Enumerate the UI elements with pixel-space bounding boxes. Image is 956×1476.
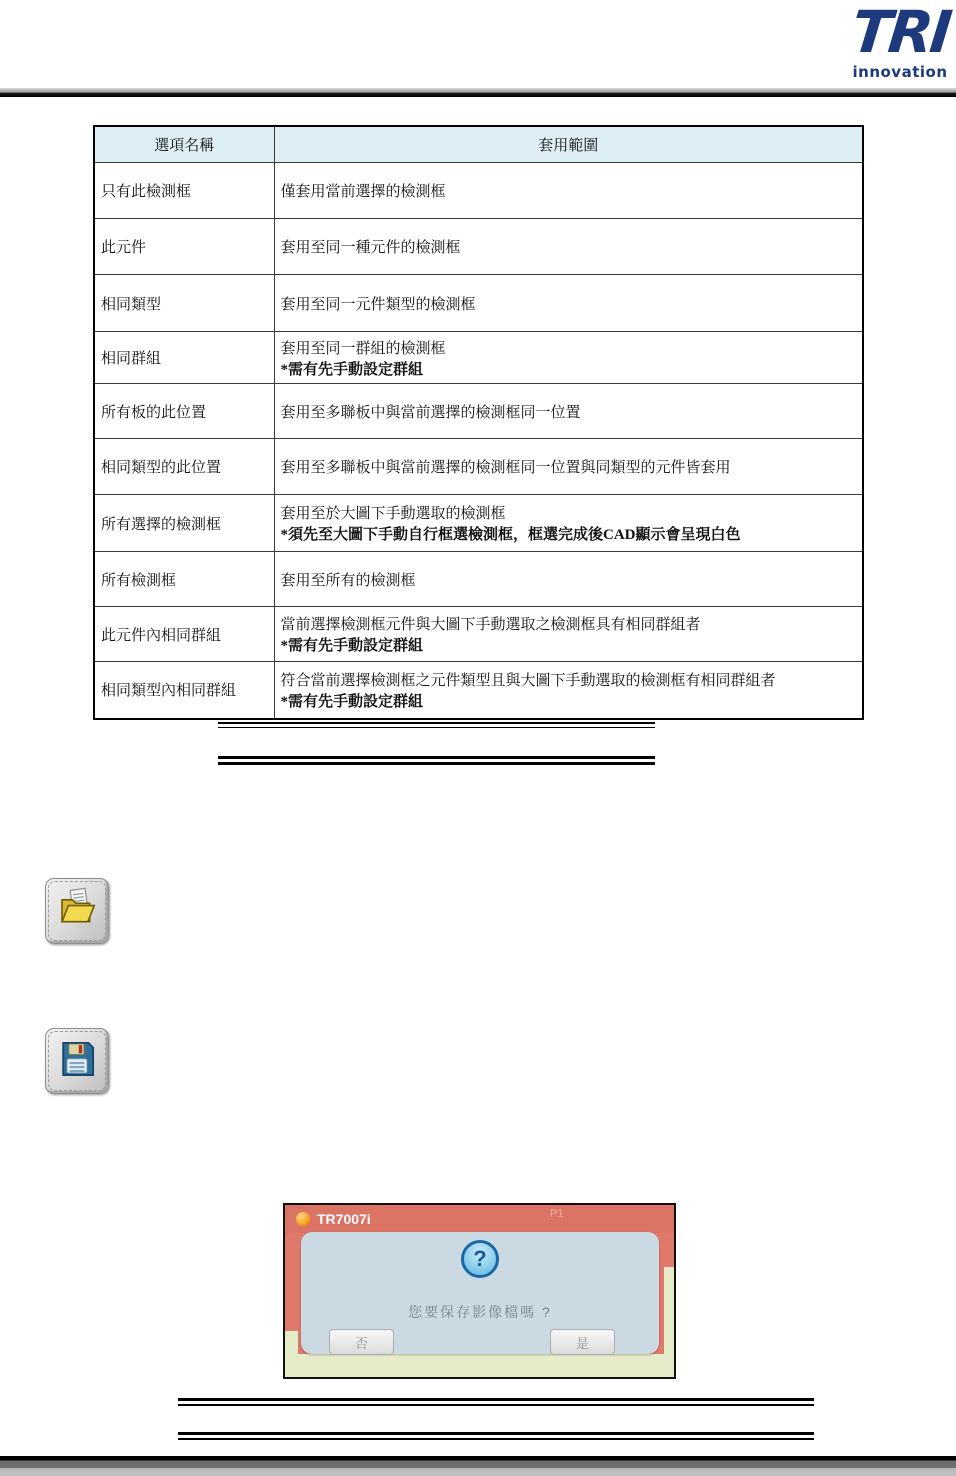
table-row: 相同類型的此位置 套用至多聯板中與當前選擇的檢測框同一位置與同類型的元件皆套用 <box>94 439 863 495</box>
scope-cell: 當前選擇檢測框元件與大圖下手動選取之檢測框具有相同群組者*需有先手動設定群組 <box>274 607 863 662</box>
scope-cell: 套用至同一種元件的檢測框 <box>274 219 863 275</box>
table-row: 所有檢測框 套用至所有的檢測框 <box>94 552 863 607</box>
table-row: 只有此檢測框 僅套用當前選擇的檢測框 <box>94 163 863 219</box>
scope-cell: 符合當前選擇檢測框之元件類型且與大圖下手動選取的檢測框有相同群組者*需有先手動設… <box>274 662 863 719</box>
tri-logo-subtext: innovation <box>852 64 948 80</box>
option-name-cell: 此元件 <box>94 219 274 275</box>
save-button[interactable] <box>45 1028 109 1094</box>
question-mark-icon: ? <box>461 1240 499 1278</box>
scope-cell: 套用至多聯板中與當前選擇的檢測框同一位置 <box>274 384 863 439</box>
table-row: 相同類型內相同群組 符合當前選擇檢測框之元件類型且與大圖下手動選取的檢測框有相同… <box>94 662 863 719</box>
save-floppy-icon <box>54 1036 100 1087</box>
options-scope-table: 選項名稱 套用範圍 只有此檢測框 僅套用當前選擇的檢測框 此元件 套用至同一種元… <box>93 125 864 720</box>
option-name-cell: 相同群組 <box>94 332 274 384</box>
dialog-title: TR7007i <box>317 1211 371 1227</box>
document-page: TRI innovation 選項名稱 套用範圍 只有此檢測框 僅套用當前選擇的… <box>0 0 956 1476</box>
column-header-apply-scope: 套用範圍 <box>274 126 863 163</box>
no-button[interactable]: 否 <box>329 1329 394 1355</box>
table-row: 此元件 套用至同一種元件的檢測框 <box>94 219 863 275</box>
background-label: P1 <box>550 1208 563 1220</box>
dialog-message: 您要保存影像檔嗎 ? <box>301 1302 659 1322</box>
save-image-dialog-screenshot: TR7007i P1 ? 您要保存影像檔嗎 ? 否 是 <box>283 1203 676 1379</box>
table-row: 相同類型 套用至同一元件類型的檢測框 <box>94 275 863 332</box>
option-name-cell: 相同類型的此位置 <box>94 439 274 495</box>
option-name-cell: 相同類型 <box>94 275 274 332</box>
footer-divider-bar <box>0 1456 956 1476</box>
option-name-cell: 只有此檢測框 <box>94 163 274 219</box>
section-rule-bottom <box>218 756 655 765</box>
table-row: 此元件內相同群組 當前選擇檢測框元件與大圖下手動選取之檢測框具有相同群組者*需有… <box>94 607 863 662</box>
section-rule-top <box>178 1398 814 1406</box>
option-name-cell: 相同類型內相同群組 <box>94 662 274 719</box>
section-rule-bottom <box>178 1432 814 1440</box>
option-name-cell: 所有檢測框 <box>94 552 274 607</box>
table-row: 相同群組 套用至同一群組的檢測框*需有先手動設定群組 <box>94 332 863 384</box>
scope-cell: 套用至於大圖下手動選取的檢測框*須先至大圖下手動自行框選檢測框，框選完成後CAD… <box>274 495 863 552</box>
dialog-panel: ? 您要保存影像檔嗎 ? 否 是 <box>301 1232 659 1354</box>
option-name-cell: 所有選擇的檢測框 <box>94 495 274 552</box>
option-name-cell: 此元件內相同群組 <box>94 607 274 662</box>
scope-cell: 套用至所有的檢測框 <box>274 552 863 607</box>
table-header-row: 選項名稱 套用範圍 <box>94 126 863 163</box>
section-rule-top <box>218 722 655 728</box>
open-file-folder-icon <box>54 886 100 937</box>
yes-button[interactable]: 是 <box>550 1329 615 1355</box>
header-divider-bar <box>0 88 956 97</box>
tri-logo: TRI innovation <box>852 2 948 80</box>
app-ball-icon <box>296 1212 310 1226</box>
scope-cell: 僅套用當前選擇的檢測框 <box>274 163 863 219</box>
scope-cell: 套用至同一群組的檢測框*需有先手動設定群組 <box>274 332 863 384</box>
table-row: 所有選擇的檢測框 套用至於大圖下手動選取的檢測框*須先至大圖下手動自行框選檢測框… <box>94 495 863 552</box>
dialog-bg-strip <box>285 1354 674 1377</box>
open-file-button[interactable] <box>45 878 109 944</box>
tri-logo-text: TRI <box>849 2 951 62</box>
table-row: 所有板的此位置 套用至多聯板中與當前選擇的檢測框同一位置 <box>94 384 863 439</box>
column-header-option-name: 選項名稱 <box>94 126 274 163</box>
scope-cell: 套用至同一元件類型的檢測框 <box>274 275 863 332</box>
scope-cell: 套用至多聯板中與當前選擇的檢測框同一位置與同類型的元件皆套用 <box>274 439 863 495</box>
option-name-cell: 所有板的此位置 <box>94 384 274 439</box>
